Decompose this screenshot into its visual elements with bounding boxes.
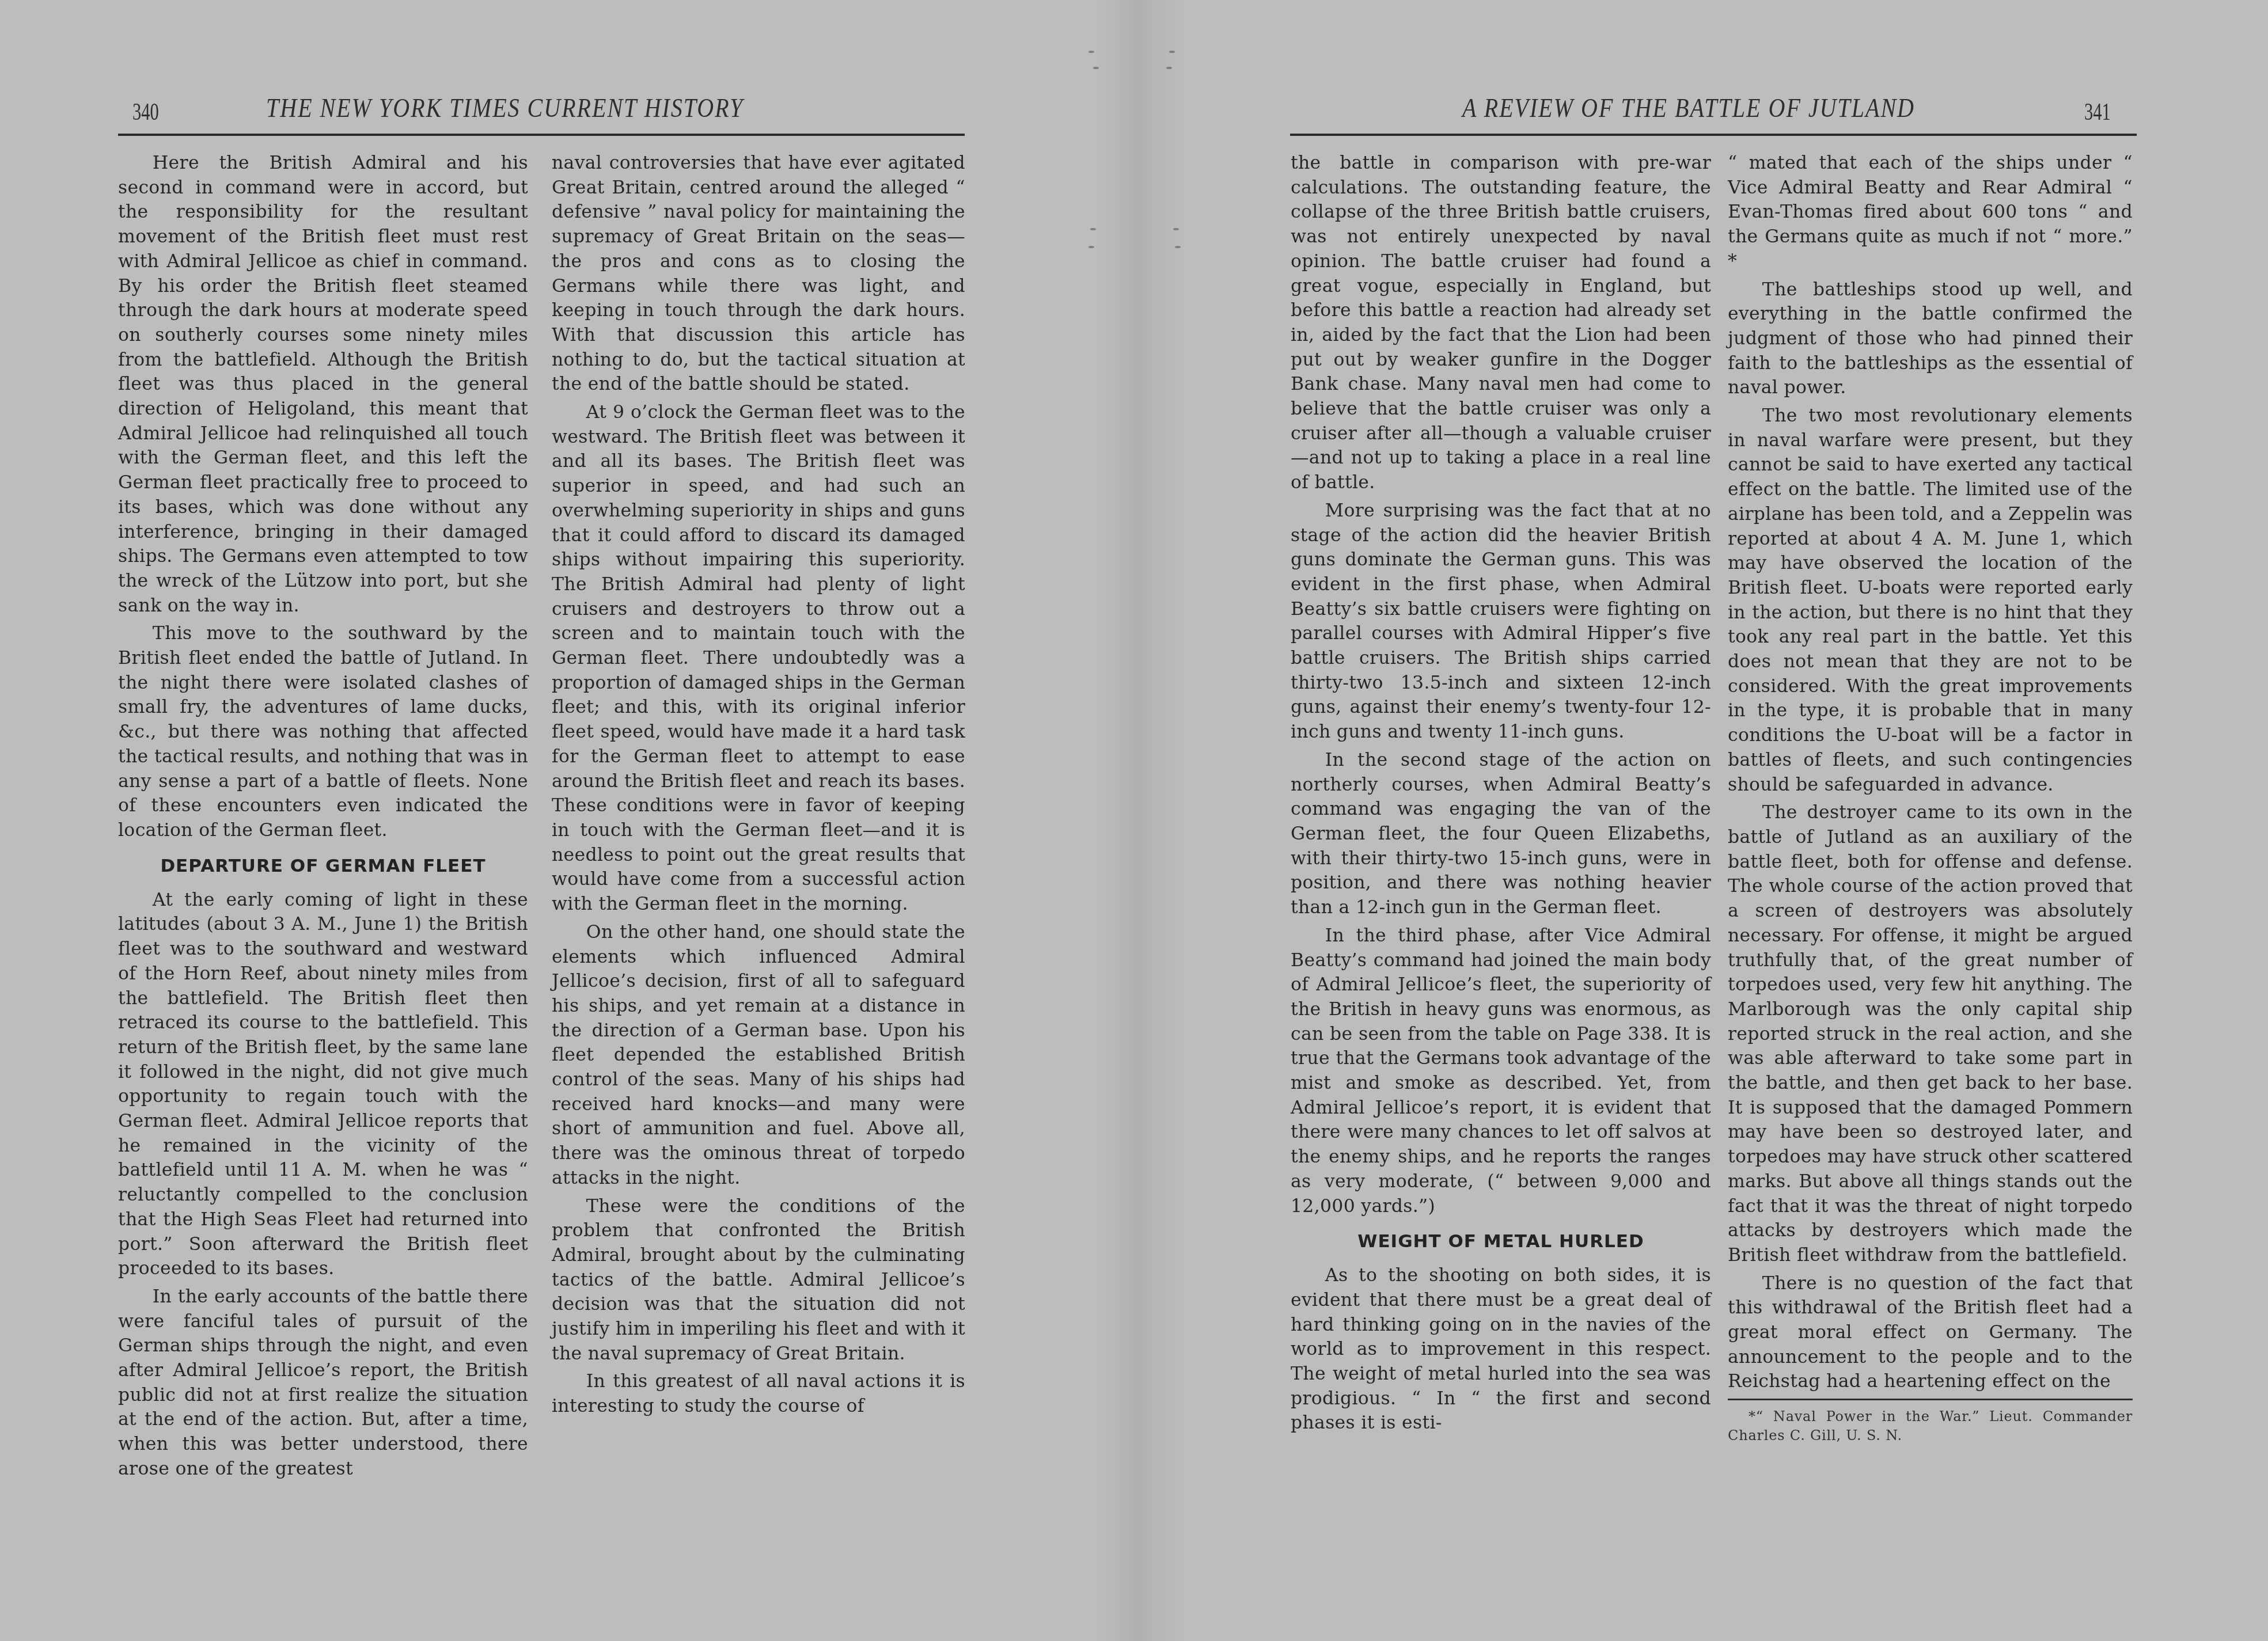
paragraph: Here the British Admiral and his second … [118,151,528,618]
column-4: “ mated that each of the ships under “ V… [1728,151,2133,1445]
paragraph: In the second stage of the action on nor… [1291,748,1711,920]
section-heading: WEIGHT OF METAL HURLED [1291,1226,1711,1256]
column-1: Here the British Admiral and his second … [118,151,528,1482]
header-rule [1290,134,2137,136]
paragraph: There is no question of the fact that th… [1728,1271,2133,1395]
left-page: 340 THE NEW YORK TIMES CURRENT HISTORY H… [0,0,1134,1641]
running-head: THE NEW YORK TIMES CURRENT HISTORY [266,92,744,132]
paragraph: The destroyer came to its own in the bat… [1728,800,2133,1267]
stitch-mark [1090,228,1096,230]
paragraph: These were the conditions of the problem… [552,1194,965,1366]
running-head: A REVIEW OF THE BATTLE OF JUTLAND [1462,92,1915,132]
paragraph: In the early accounts of the battle ther… [118,1285,528,1482]
stitch-mark [1089,51,1094,53]
paragraph: At the early coming of light in these la… [118,888,528,1281]
stitch-mark [1169,51,1175,53]
paragraph: This move to the southward by the Britis… [118,621,528,842]
stitch-mark [1093,67,1099,69]
paragraph: The battleships stood up well, and every… [1728,278,2133,401]
paragraph: At 9 o’clock the German fleet was to the… [552,400,965,917]
paragraph: the battle in comparison with pre-war ca… [1291,151,1711,495]
page-number: 341 [2084,98,2111,126]
column-3: the battle in comparison with pre-war ca… [1291,151,1711,1435]
footnote-rule [1728,1399,2133,1400]
paragraph: In the third phase, after Vice Admiral B… [1291,924,1711,1218]
stitch-mark [1173,228,1179,230]
paragraph: The two most revolutionary elements in n… [1728,404,2133,797]
section-heading: DEPARTURE OF GERMAN FLEET [118,851,528,881]
magazine-spread: 340 THE NEW YORK TIMES CURRENT HISTORY H… [0,0,2268,1641]
header-rule [118,134,965,136]
paragraph: naval controversies that have ever agita… [552,151,965,397]
stitch-mark [1175,246,1181,248]
paragraph: “ mated that each of the ships under “ V… [1728,151,2133,274]
page-number: 340 [132,98,159,126]
paragraph: On the other hand, one should state the … [552,920,965,1191]
stitch-mark [1166,67,1172,69]
footnote: *“ Naval Power in the War.” Lieut. Comma… [1728,1407,2133,1445]
stitch-mark [1089,246,1094,248]
right-page: A REVIEW OF THE BATTLE OF JUTLAND 341 th… [1134,0,2268,1641]
paragraph: More surprising was the fact that at no … [1291,499,1711,744]
paragraph: In this greatest of all naval actions it… [552,1369,965,1418]
paragraph: As to the shooting on both sides, it is … [1291,1263,1711,1435]
column-2: naval controversies that have ever agita… [552,151,965,1419]
